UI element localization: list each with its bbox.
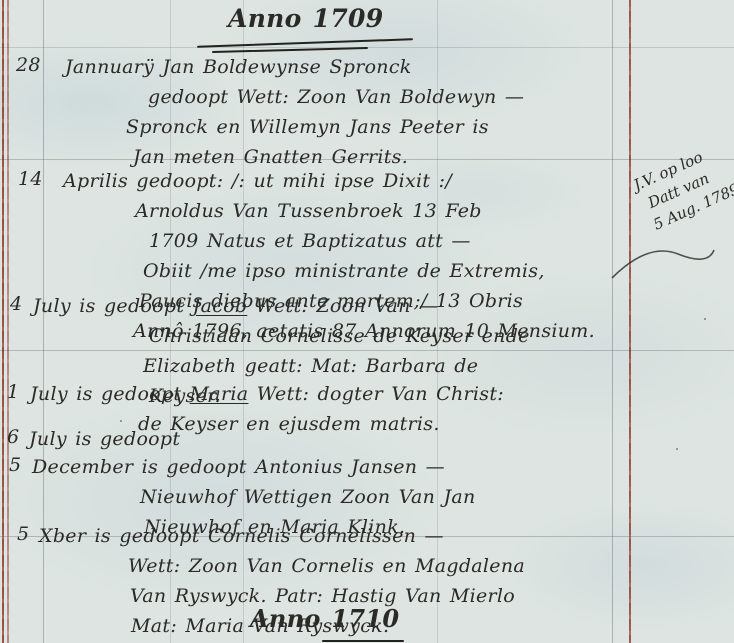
entry-day: 14 bbox=[18, 168, 43, 190]
entry-line: July is gedoopt Maria Wett: dogter Van C… bbox=[0, 379, 734, 409]
entry-line-text: July is gedoopt bbox=[30, 383, 190, 405]
entry-line: Christiaan Cornelisse de Keyser ende bbox=[0, 321, 734, 351]
entry-line: Nieuwhof Wettigen Zoon Van Jan bbox=[0, 482, 734, 512]
entry-line: Jannuarÿ Jan Boldewynse Spronck bbox=[0, 52, 734, 82]
margin-annotation-flourish bbox=[608, 240, 718, 282]
entry-line: Wett: Zoon Van Cornelis en Magdalena bbox=[0, 551, 734, 581]
entry-line: Arnoldus Van Tussenbroek 13 Feb bbox=[0, 196, 734, 226]
year-heading-1709: Anno 1709 bbox=[228, 4, 383, 33]
baptized-name: Jacob bbox=[193, 295, 248, 317]
entry-line: December is gedoopt Antonius Jansen — bbox=[0, 452, 734, 482]
entry-day: 4 bbox=[10, 293, 22, 315]
bottom-heading-underline bbox=[322, 640, 404, 642]
entry-day: 1 bbox=[7, 381, 19, 403]
entry-line-text: Wett: Zoon Van — bbox=[247, 295, 438, 317]
entry-day: 5 bbox=[9, 454, 21, 476]
entry-day: 6 bbox=[7, 426, 19, 448]
register-entry: 6 July is gedoopt bbox=[0, 424, 734, 454]
baptized-name: Maria bbox=[190, 383, 249, 405]
entry-day: 28 bbox=[16, 54, 41, 76]
entry-line: Aprilis gedoopt: /: ut mihi ipse Dixit :… bbox=[0, 166, 734, 196]
register-entry: 28 Jannuarÿ Jan Boldewynse Spronck gedoo… bbox=[0, 52, 734, 172]
entry-line: Elizabeth geatt: Mat: Barbara de bbox=[0, 351, 734, 381]
entry-line: July is gedoopt Jacob Wett: Zoon Van — bbox=[0, 291, 734, 321]
entry-line: gedoopt Wett: Zoon Van Boldewyn — bbox=[0, 82, 734, 112]
entry-line: Xber is gedoopt Cornelis Cornelissen — bbox=[0, 521, 734, 551]
manuscript-page: Anno 1709 28 Jannuarÿ Jan Boldewynse Spr… bbox=[0, 0, 734, 643]
entry-line-text: July is gedoopt bbox=[33, 295, 193, 317]
entry-line-text: Wett: dogter Van Christ: bbox=[248, 383, 504, 405]
year-heading-1710: Anno 1710 bbox=[250, 604, 399, 633]
entry-line: July is gedoopt bbox=[0, 424, 734, 454]
entry-day: 5 bbox=[17, 523, 29, 545]
entry-line: Spronck en Willemyn Jans Peeter is bbox=[0, 112, 734, 142]
